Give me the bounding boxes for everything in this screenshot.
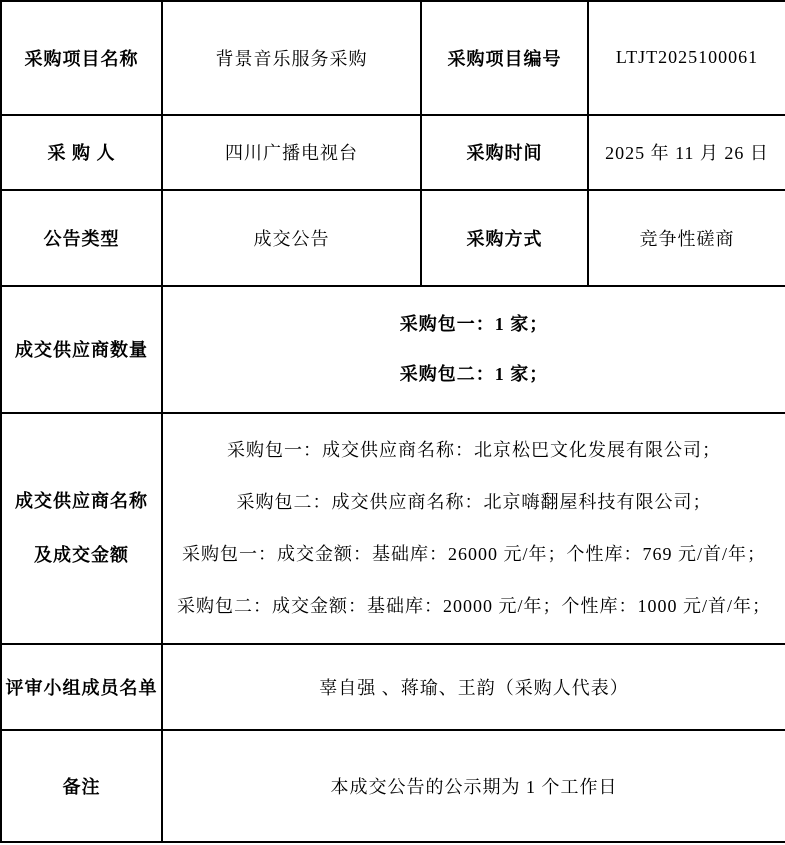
- remark-value: 本成交公告的公示期为 1 个工作日: [162, 730, 785, 842]
- supplier-count-line-2: 采购包二：1 家；: [167, 349, 781, 399]
- purchase-time-value: 2025 年 11 月 26 日: [588, 115, 785, 190]
- supplier-count-line-1: 采购包一：1 家；: [167, 299, 781, 349]
- purchase-method-value: 竞争性磋商: [588, 190, 785, 286]
- review-panel-label: 评审小组成员名单: [1, 644, 162, 730]
- project-name-label: 采购项目名称: [1, 1, 162, 115]
- project-number-label: 采购项目编号: [421, 1, 588, 115]
- supplier-amount-label: 成交供应商名称 及成交金额: [1, 413, 162, 644]
- award-notice-table: 采购项目名称 背景音乐服务采购 采购项目编号 LTJT2025100061 采 …: [0, 0, 785, 843]
- table-row: 评审小组成员名单 辜自强 、蒋瑜、王韵（采购人代表）: [1, 644, 785, 730]
- remark-label: 备注: [1, 730, 162, 842]
- notice-type-label: 公告类型: [1, 190, 162, 286]
- table-row: 成交供应商名称 及成交金额 采购包一：成交供应商名称：北京松巴文化发展有限公司；…: [1, 413, 785, 644]
- purchase-method-label: 采购方式: [421, 190, 588, 286]
- buyer-value: 四川广播电视台: [162, 115, 421, 190]
- review-panel-value: 辜自强 、蒋瑜、王韵（采购人代表）: [162, 644, 785, 730]
- announcement-page: 采购项目名称 背景音乐服务采购 采购项目编号 LTJT2025100061 采 …: [0, 0, 785, 845]
- project-name-value: 背景音乐服务采购: [162, 1, 421, 115]
- supplier-amount-line-3: 采购包一：成交金额：基础库：26000 元/年；个性库：769 元/首/年；: [167, 528, 781, 580]
- supplier-amount-value: 采购包一：成交供应商名称：北京松巴文化发展有限公司； 采购包二：成交供应商名称：…: [162, 413, 785, 644]
- notice-type-value: 成交公告: [162, 190, 421, 286]
- supplier-count-label: 成交供应商数量: [1, 286, 162, 413]
- supplier-amount-line-4: 采购包二：成交金额：基础库：20000 元/年；个性库：1000 元/首/年；: [167, 580, 781, 632]
- table-row: 公告类型 成交公告 采购方式 竞争性磋商: [1, 190, 785, 286]
- supplier-count-value: 采购包一：1 家； 采购包二：1 家；: [162, 286, 785, 413]
- buyer-label: 采 购 人: [1, 115, 162, 190]
- table-row: 备注 本成交公告的公示期为 1 个工作日: [1, 730, 785, 842]
- table-row: 采购项目名称 背景音乐服务采购 采购项目编号 LTJT2025100061: [1, 1, 785, 115]
- project-number-value: LTJT2025100061: [588, 1, 785, 115]
- supplier-amount-line-1: 采购包一：成交供应商名称：北京松巴文化发展有限公司；: [167, 424, 781, 476]
- supplier-amount-line-2: 采购包二：成交供应商名称：北京嗨翻屋科技有限公司；: [167, 476, 781, 528]
- supplier-amount-label-line-2: 及成交金额: [6, 528, 157, 582]
- supplier-amount-label-line-1: 成交供应商名称: [6, 474, 157, 528]
- table-row: 成交供应商数量 采购包一：1 家； 采购包二：1 家；: [1, 286, 785, 413]
- purchase-time-label: 采购时间: [421, 115, 588, 190]
- table-row: 采 购 人 四川广播电视台 采购时间 2025 年 11 月 26 日: [1, 115, 785, 190]
